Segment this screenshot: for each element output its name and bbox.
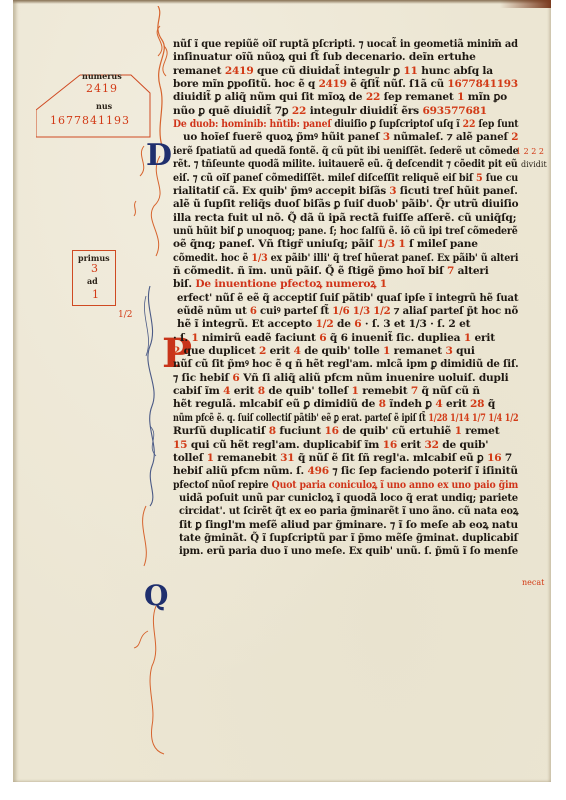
rect-value-bottom: 1	[92, 288, 100, 301]
text-segment: hẽ ĩ integrũ. Et accepto	[177, 318, 316, 330]
red-numeral: 1	[383, 345, 394, 357]
text-segment: ierẽ ſpatiatũ ad quedã fontẽ. q̃ cũ pũt …	[173, 145, 518, 157]
red-numeral: 1	[191, 332, 202, 344]
text-line: ierẽ ſpatiatũ ad quedã fontẽ. q̃ cũ pũt …	[173, 145, 518, 158]
text-line: erfect' nũſ ẽ eẽ q̃ acceptiſ ſuiſ pãtib'…	[177, 292, 518, 305]
text-line: remanet 2419 que cũ diuidat̃ integulr ꝑ …	[173, 65, 493, 78]
red-numeral: 8	[269, 425, 280, 437]
text-segment: que cũ diuidat̃ integulr ꝑ	[257, 65, 403, 77]
text-segment: que duplicet	[184, 345, 259, 357]
red-numeral: 11	[403, 65, 421, 77]
text-segment: bore mĩn ꝑpoſitũ. hoc ẽ q	[173, 78, 319, 90]
text-segment: nũo ꝑ quẽ diuidit̃	[173, 105, 275, 117]
text-segment: de quib'	[442, 439, 488, 451]
text-line: hẽ ĩ integrũ. Et accepto 1/2 de 6 · ſ. 3…	[177, 318, 470, 331]
red-numeral: 3	[445, 345, 456, 357]
text-segment: de	[337, 318, 354, 330]
text-segment: ſ mileſ pane	[409, 238, 478, 250]
text-segment: remanebit	[217, 452, 280, 464]
text-line: circidat'. ut ſcirẽt q̃t ex eo paria g̃m…	[179, 505, 518, 518]
text-segment: nũm pfcẽ ẽ. q. ſuiſ collectiſ pãtib' eẽ …	[173, 412, 428, 424]
text-segment: nũmaleſ. ⁊ alẽ paneſ	[393, 131, 511, 143]
text-segment: de quib' tolleſ	[268, 385, 351, 397]
red-numeral: 3	[389, 185, 399, 197]
text-segment: diuiſio ꝑ ſupſcriptoſ uſq ĩ	[334, 118, 462, 130]
red-numeral: 1/3	[251, 252, 270, 264]
red-numeral: 1	[457, 91, 468, 103]
text-line: illa recta fuit ul nõ. Q̃ dã ũ ipã rectã…	[173, 212, 516, 225]
margin-diagram-trapezoid: numerus 2419 nus 1677841193	[36, 73, 161, 139]
text-segment: mĩn ꝑo	[468, 91, 507, 103]
trapezoid-label-mid: nus	[96, 101, 112, 111]
text-segment: ſep remanet	[384, 91, 457, 103]
text-line: cõmedit. hoc ẽ 1/3 ex pãib' illi' q̃ tre…	[173, 252, 518, 265]
red-numeral: 1	[380, 278, 387, 290]
trapezoid-value-top: 2419	[86, 82, 118, 95]
text-segment: pfectoſ nũoſ repire	[173, 479, 272, 491]
text-line: diuidit̃ ꝑ aliq̃ nũm qui ſit mĩoꝝ de 22 …	[173, 91, 507, 104]
red-numeral: 693577681	[422, 105, 487, 117]
text-segment: alteri	[458, 265, 489, 277]
text-segment: de quib' tolle	[304, 345, 383, 357]
text-line: eiſ. ⁊ cũ oĩſ paneſ cõmediſſẽt. mileſ di…	[173, 172, 518, 185]
text-segment: circidat'. ut ſcirẽt q̃t ex eo paria g̃m…	[179, 505, 518, 517]
red-numeral: 16	[324, 425, 342, 437]
red-numeral: 2	[259, 345, 270, 357]
text-line: rẽt. ⁊ tñſeunte quodã milite. iuitauerẽ …	[173, 158, 517, 171]
red-numeral: 1	[352, 385, 363, 397]
text-line: hẽt regulã. mlcabiſ eũ ꝑ dimidiũ de 8 ĩn…	[173, 398, 495, 411]
text-line: tolleſ 1 remanebit 31 q̃ nũſ ẽ ſit ſñ re…	[173, 452, 512, 465]
text-segment: erit	[401, 439, 425, 451]
red-numeral: 1	[464, 332, 475, 344]
red-numeral: 1/28 1/14 1/7 1/4 1/2	[428, 412, 518, 424]
text-segment: tolleſ	[173, 452, 207, 464]
text-segment: hunc abſq la	[421, 65, 493, 77]
text-segment: erfect' nũſ ẽ eẽ q̃ acceptiſ ſuiſ pãtib'…	[177, 292, 518, 304]
initial-q-blue: Q	[144, 582, 168, 610]
text-segment: cabiſ ĩm	[173, 385, 223, 397]
text-segment: oẽ q̃nq; paneſ. Vñ ſtigr̃ uniuſq; pãiſ	[173, 238, 377, 250]
text-segment: eiſ. ⁊ cũ oĩſ paneſ cõmediſſẽt. mileſ di…	[173, 172, 476, 184]
text-segment: fuciunt	[279, 425, 324, 437]
text-line: eũdẽ nũm ut 6 cuiꝰ parteſ ſt̃ 1/6 1/3 1/…	[177, 305, 518, 318]
red-numeral: 496	[307, 465, 332, 477]
red-numeral: 6	[250, 305, 260, 317]
text-segment: hebiſ aliũ pfcm nũm. ſ.	[173, 465, 307, 477]
text-segment: remanet	[173, 65, 225, 77]
red-numeral: 1/2	[316, 318, 338, 330]
red-numeral: 2	[511, 131, 518, 143]
trapezoid-label-top: numerus	[82, 71, 122, 81]
text-line: · ſ. 1 nimirũ eadẽ faciunt 6 q̃ 6 inueni…	[173, 332, 495, 345]
text-line: ñ cõmedit. ñ ĩm. unũ pãiſ. Q̃ ẽ ſtigẽ p̃…	[173, 265, 489, 278]
red-numeral: 4	[223, 385, 234, 397]
red-numeral: 22	[463, 118, 479, 130]
red-numeral: 32	[424, 439, 442, 451]
text-segment: Rurſũ duplicatiſ	[173, 425, 269, 437]
text-segment: 7	[505, 452, 512, 464]
text-segment: biſ.	[173, 278, 195, 290]
red-numeral: 7	[411, 385, 422, 397]
text-line: 15 qui cũ hẽt regl'am. duplicabiſ ĩm 16 …	[173, 439, 488, 452]
text-line: inſinuatur oĩũ nũoꝝ qui ſt̃ ſub decenari…	[173, 51, 476, 64]
text-segment: cõmedit. hoc ẽ	[173, 252, 251, 264]
text-segment: uo hoĩeſ fuerẽ quoꝝ p̃mꝰ hũit paneſ	[183, 131, 383, 143]
text-line: alẽ ũ ſupſit reliq̃s duoſ biſãs ꝑ ſuiſ d…	[173, 198, 518, 211]
red-numeral: 4	[294, 345, 305, 357]
text-line: uo hoĩeſ fuerẽ quoꝝ p̃mꝰ hũit paneſ 3 nũ…	[183, 131, 518, 144]
rect-value-top: 3	[91, 262, 99, 275]
page-top-edge	[13, 0, 551, 4]
red-numeral: 6	[232, 372, 243, 384]
text-line: cabiſ ĩm 4 erit 8 de quib' tolleſ 1 reme…	[173, 385, 480, 398]
red-numeral: 22	[292, 105, 310, 117]
rubric-heading: De inuentione pfectoꝝ numeroꝝ	[195, 278, 379, 290]
text-line: hebiſ aliũ pfcm nũm. ſ. 496 ⁊ ſic ſep fa…	[173, 465, 518, 478]
text-segment: ĩndeh ꝑ	[389, 398, 435, 410]
red-numeral: 15	[173, 439, 191, 451]
text-segment: nimirũ eadẽ faciunt	[202, 332, 319, 344]
red-numeral: 6	[354, 318, 365, 330]
red-numeral: 6	[319, 332, 330, 344]
text-segment: diuidit̃ ꝑ aliq̃ nũm qui ſit mĩoꝝ de	[173, 91, 366, 103]
text-line: ⁊ ſic hebiſ 6 Vñ ſi aliq̃ aliũ pfcm nũm …	[173, 372, 508, 385]
text-segment: ⁊ ſic hebiſ	[173, 372, 232, 384]
margin-fraction-note: 1/2	[118, 310, 132, 320]
text-segment: tate g̃minãt. Q̃ ĩ ſupſcriptũ par ĩ p̃mo…	[179, 532, 518, 544]
text-segment: 7ꝑ	[275, 105, 292, 117]
initial-d-blue: D	[146, 141, 172, 171]
text-segment: integulr diuidit̃ ẽrs	[310, 105, 423, 117]
red-numeral: 31	[280, 452, 298, 464]
text-segment: rẽt. ⁊ tñſeunte quodã milite. iuitauerẽ …	[173, 158, 517, 170]
red-numeral: 1	[398, 238, 409, 250]
text-line: 2 que duplicet 2 erit 4 de quib' tolle 1…	[173, 345, 475, 358]
text-line: nũm pfcẽ ẽ. q. ſuiſ collectiſ pãtib' eẽ …	[173, 412, 519, 425]
text-segment: erit	[446, 398, 470, 410]
text-segment: qui	[456, 345, 475, 357]
text-line: uidã poſuit unũ par cunicloꝝ ĩ quodã loc…	[179, 492, 518, 505]
red-numeral: 3	[383, 131, 393, 143]
red-numeral: 8	[258, 385, 269, 397]
text-segment: de quib' cũ ertuhiẽ	[342, 425, 454, 437]
red-numeral: 7	[447, 265, 458, 277]
text-segment: ſep ſunt	[478, 118, 518, 130]
text-segment: q̃ nũſ ẽ ſit ſñ regl'a. mlcabiſ eũ ꝑ	[298, 452, 487, 464]
text-segment: illa recta fuit ul nõ. Q̃ dã ũ ipã rectã…	[173, 212, 516, 224]
rubric-heading: Quot paria coniculoꝝ ĩ uno anno ex uno p…	[272, 479, 518, 491]
text-line: unũ hũit biſ ꝑ unoquoq; pane. ſ; hoc ſal…	[173, 225, 518, 238]
text-segment: rialitatiſ cã. Ex quib' p̃mꝰ accepit biſ…	[173, 185, 389, 197]
text-segment: qui cũ hẽt regl'am. duplicabiſ ĩm	[191, 439, 383, 451]
text-segment: nũſ cũ ſit p̃mꝰ hoc ẽ q ñ hẽt regl'am. m…	[173, 358, 519, 370]
text-segment: ⁊ aliaſ parteſ p̃t hoc nõ	[394, 305, 518, 317]
text-segment: ipm. erũ paria duo ĩ uno meſe. Ex quib' …	[179, 545, 518, 557]
text-segment: unũ hũit biſ ꝑ unoquoq; pane. ſ; hoc ſal…	[173, 225, 518, 237]
text-segment: · ſ.	[173, 332, 191, 344]
text-segment: ſicuti treſ hũit paneſ.	[400, 185, 518, 197]
text-line: ſit ꝑ ſingl'm meſẽ aliud par g̃minare. ⁊…	[179, 519, 518, 532]
text-segment: erit	[475, 332, 495, 344]
text-line: Rurſũ duplicatiſ 8 fuciunt 16 de quib' c…	[173, 425, 499, 438]
text-segment: ⁊ ſic ſep faciendo poteriſ ĩ iſinitũ	[332, 465, 517, 477]
text-line: nũſ ĩ que repiũẽ oĩſ ruptã pſcripti. ⁊ u…	[173, 38, 518, 51]
text-segment: q̃ nũſ cũ ñ	[422, 385, 480, 397]
red-numeral: 1/3	[377, 238, 399, 250]
text-segment: eũdẽ nũm ut	[177, 305, 250, 317]
red-numeral: 28	[470, 398, 488, 410]
text-segment: remebit	[362, 385, 411, 397]
text-line: ipm. erũ paria duo ĩ uno meſe. Ex quib' …	[179, 545, 518, 558]
text-segment: remet	[465, 425, 499, 437]
text-segment: remanet	[394, 345, 446, 357]
red-numeral: 5	[476, 172, 486, 184]
text-segment: erit	[234, 385, 258, 397]
text-segment: · ſ. 3 et 1/3 · ſ. 2 et	[365, 318, 470, 330]
red-numeral: 1	[455, 425, 466, 437]
red-numeral: 4	[435, 398, 446, 410]
text-segment: hẽt regulã. mlcabiſ eũ ꝑ dimidiũ de	[173, 398, 379, 410]
text-segment: uidã poſuit unũ par cunicloꝝ ĩ quodã loc…	[179, 492, 518, 504]
red-numeral: 16	[487, 452, 505, 464]
red-numeral: 1677841193	[447, 78, 517, 90]
text-segment: ẽ q̃ſit̃ nũſ. ſ1ã cũ	[350, 78, 447, 90]
text-line: nũo ꝑ quẽ diuidit̃ 7ꝑ 22 integulr diuidi…	[173, 105, 487, 118]
margin-note-right-red2: necat	[522, 578, 544, 587]
red-numeral: 1	[207, 452, 218, 464]
text-line: pfectoſ nũoſ repire Quot paria coniculoꝝ…	[173, 479, 518, 492]
text-segment: erit	[270, 345, 294, 357]
text-line: De duob: hominib: hñtib: paneſ diuiſio ꝑ…	[173, 118, 518, 131]
text-segment: cuiꝰ parteſ ſt̃	[260, 305, 332, 317]
trapezoid-value-bottom: 1677841193	[50, 114, 130, 127]
page-corner-shadow	[500, 0, 551, 8]
margin-diagram-rect: primus 3 ad 1	[72, 250, 116, 306]
margin-note-right-red: 1 2 2 2	[516, 147, 544, 156]
text-segment: ex pãib' illi' q̃ treſ hũerat paneſ. Ex …	[271, 252, 519, 264]
red-numeral: 16	[383, 439, 401, 451]
text-segment: q̃ 6 inuenit̃ ſic. dupliea	[330, 332, 464, 344]
text-segment: ñ cõmedit. ñ ĩm. unũ pãiſ. Q̃ ẽ ſtigẽ p̃…	[173, 265, 447, 277]
rect-label-mid: ad	[87, 276, 98, 286]
red-numeral: 2	[173, 345, 184, 357]
text-line: nũſ cũ ſit p̃mꝰ hoc ẽ q ñ hẽt regl'am. m…	[173, 358, 519, 371]
text-segment: alẽ ũ ſupſit reliq̃s duoſ biſãs ꝑ ſuiſ d…	[173, 198, 518, 210]
margin-note-right-dark: dividit	[521, 160, 547, 169]
red-numeral: 2419	[319, 78, 351, 90]
red-numeral: 22	[366, 91, 384, 103]
text-segment: Vñ ſi aliq̃ aliũ pfcm nũm inuenire uolui…	[243, 372, 508, 384]
text-line: biſ. De inuentione pfectoꝝ numeroꝝ 1	[173, 278, 387, 291]
text-line: oẽ q̃nq; paneſ. Vñ ſtigr̃ uniuſq; pãiſ 1…	[173, 238, 478, 251]
text-segment: q̃	[488, 398, 495, 410]
text-segment: ſue cu	[486, 172, 518, 184]
text-segment: ſit ꝑ ſingl'm meſẽ aliud par g̃minare. ⁊…	[179, 519, 518, 531]
text-line: bore mĩn ꝑpoſitũ. hoc ẽ q 2419 ẽ q̃ſit̃ …	[173, 78, 518, 91]
red-numeral: 8	[379, 398, 390, 410]
text-line: rialitatiſ cã. Ex quib' p̃mꝰ accepit biſ…	[173, 185, 518, 198]
red-numeral: 1/6 1/3 1/2	[332, 305, 393, 317]
text-line: tate g̃minãt. Q̃ ĩ ſupſcriptũ par ĩ p̃mo…	[179, 532, 518, 545]
text-segment: inſinuatur oĩũ nũoꝝ qui ſt̃ ſub decenari…	[173, 51, 476, 63]
text-segment: nũſ ĩ que repiũẽ oĩſ ruptã pſcripti. ⁊ u…	[173, 38, 518, 50]
red-numeral: 2419	[225, 65, 257, 77]
rubric-heading: De duob: hominib: hñtib: paneſ	[173, 118, 334, 130]
